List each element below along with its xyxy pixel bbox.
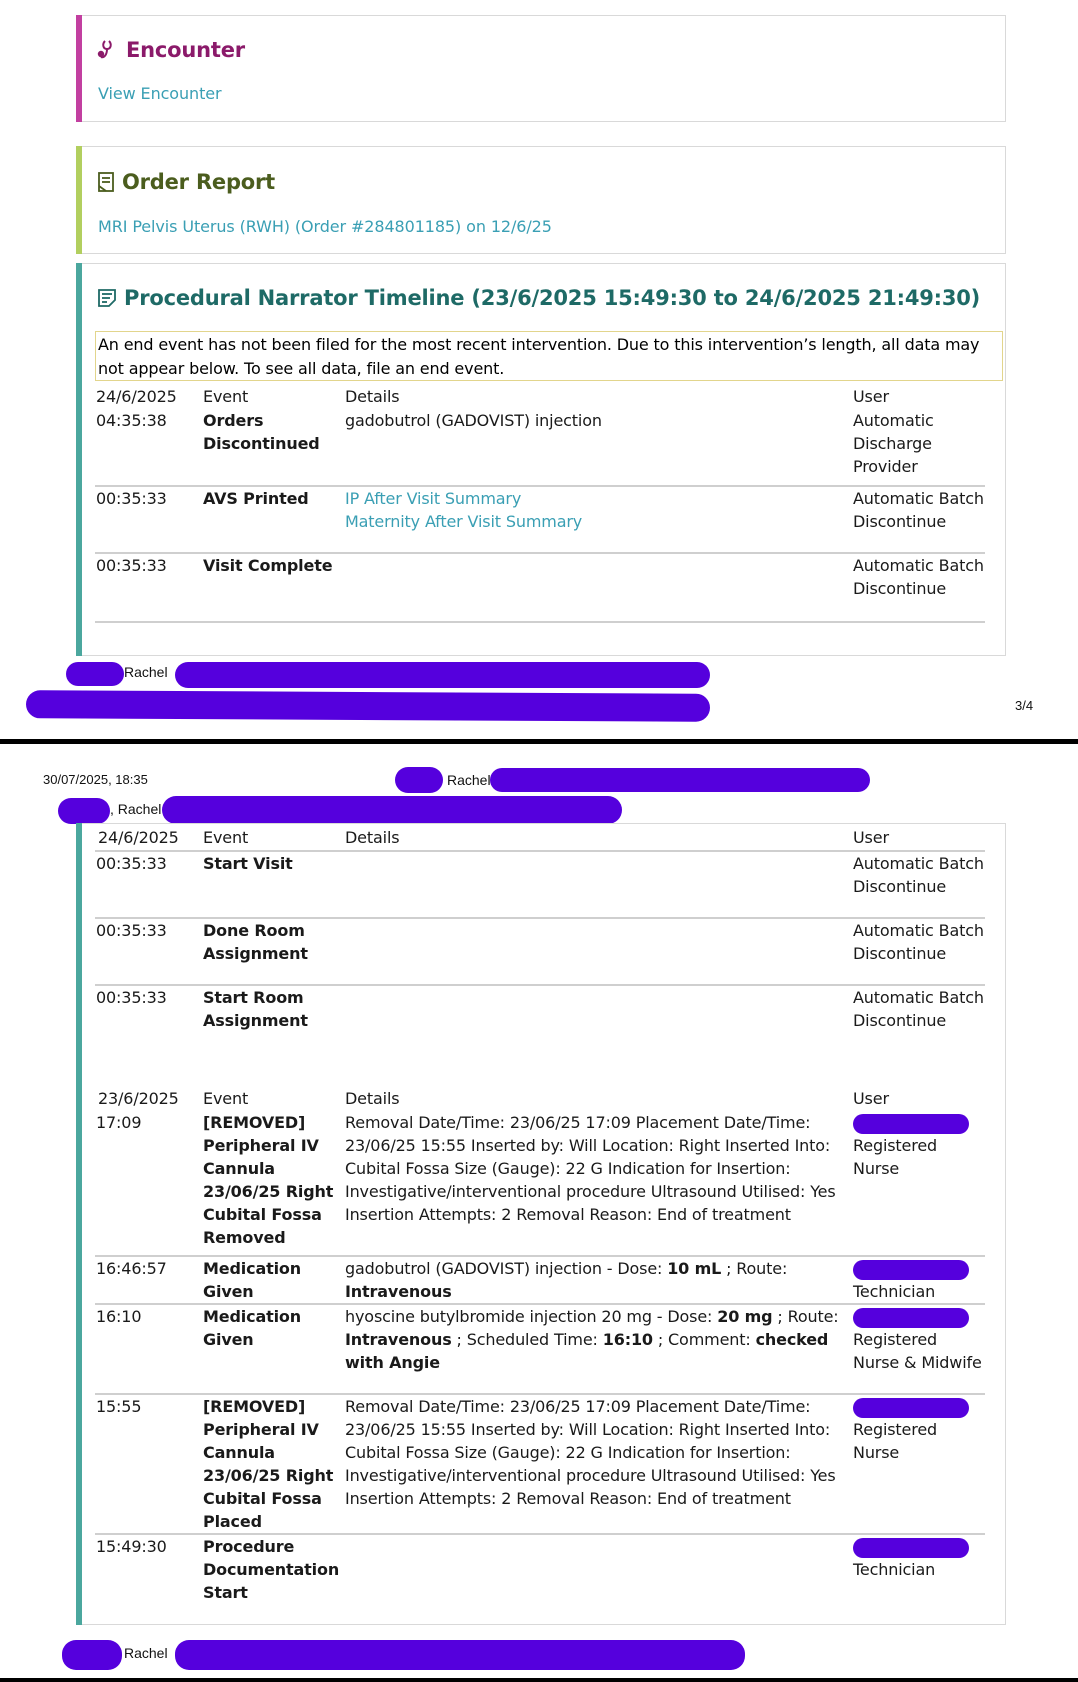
event-user: Automatic Batch Discontinue <box>853 986 985 1053</box>
redaction-mark <box>26 690 710 722</box>
redaction-mark <box>395 767 443 793</box>
timeline-row: 16:10Medication Givenhyoscine butylbromi… <box>95 1305 985 1395</box>
document-link[interactable]: Maternity After Visit Summary <box>345 510 853 533</box>
user-role: Registered Nurse & Midwife <box>853 1330 982 1372</box>
event-details <box>345 986 853 1053</box>
event-name: Medication Given <box>201 1305 345 1393</box>
timeline-accent-bar <box>76 263 82 656</box>
page-number: 3/4 <box>1015 698 1033 713</box>
redaction-mark <box>62 1640 122 1670</box>
event-name: Done Room Assignment <box>201 919 345 984</box>
timeline-row: 00:35:33AVS PrintedIP After Visit Summar… <box>95 487 985 554</box>
timeline-header: 24/6/2025 Event Details User <box>95 826 985 852</box>
user-role: Technician <box>853 1560 935 1579</box>
event-column-header: Event <box>201 1087 345 1111</box>
event-name: AVS Printed <box>201 487 345 552</box>
redacted-user-name <box>853 1114 969 1134</box>
detail-value: 20 mg <box>717 1307 772 1326</box>
timeline-card: Procedural Narrator Timeline (23/6/2025 … <box>77 263 1006 656</box>
event-name: Start Room Assignment <box>201 986 345 1053</box>
details-column-header: Details <box>345 1087 853 1111</box>
redaction-mark <box>175 662 710 688</box>
encounter-accent-bar <box>76 15 82 122</box>
event-time: 15:55 <box>95 1395 201 1533</box>
timeline-header: 24/6/2025 Event Details User <box>95 385 985 409</box>
document-link[interactable]: IP After Visit Summary <box>345 487 853 510</box>
timeline-title-text: Procedural Narrator Timeline (23/6/2025 … <box>124 286 980 310</box>
event-details: gadobutrol (GADOVIST) injection <box>345 409 853 485</box>
user-role: Automatic Batch Discontinue <box>853 556 984 598</box>
date-heading: 24/6/2025 <box>95 385 201 409</box>
event-details: Removal Date/Time: 23/06/25 17:09 Placem… <box>345 1111 853 1255</box>
event-user: Registered Nurse <box>853 1395 985 1533</box>
event-time: 16:10 <box>95 1305 201 1393</box>
event-user: Technician <box>853 1257 985 1303</box>
redacted-user-name <box>853 1308 969 1328</box>
event-user: Technician <box>853 1535 985 1605</box>
event-name: [REMOVED] Peripheral IV Cannula 23/06/25… <box>201 1111 345 1255</box>
event-user: Automatic Batch Discontinue <box>853 554 985 621</box>
user-column-header: User <box>853 1087 985 1111</box>
event-name: Visit Complete <box>201 554 345 621</box>
order-report-title: Order Report <box>97 170 275 194</box>
timeline-row: 00:35:33Start Room AssignmentAutomatic B… <box>95 986 985 1053</box>
notes-icon <box>97 288 117 308</box>
detail-label: gadobutrol (GADOVIST) injection - Dose: <box>345 1259 667 1278</box>
timeline-row: 00:35:33Visit CompleteAutomatic Batch Di… <box>95 554 985 623</box>
event-details <box>345 852 853 917</box>
event-name: Medication Given <box>201 1257 345 1303</box>
redacted-user-name <box>853 1398 969 1418</box>
details-column-header: Details <box>345 385 853 409</box>
event-time: 00:35:33 <box>95 852 201 917</box>
order-report-link[interactable]: MRI Pelvis Uterus (RWH) (Order #28480118… <box>98 217 552 236</box>
event-details: hyoscine butylbromide injection 20 mg - … <box>345 1305 853 1393</box>
event-details <box>345 554 853 621</box>
event-name: Orders Discontinued <box>201 409 345 485</box>
event-name: Procedure Documentation Start <box>201 1535 345 1605</box>
timeline-row: 00:35:33Start VisitAutomatic Batch Disco… <box>95 852 985 919</box>
report-icon <box>97 171 115 193</box>
redacted-user-name <box>853 1538 969 1558</box>
user-column-header: User <box>853 385 985 409</box>
view-encounter-link[interactable]: View Encounter <box>98 84 221 103</box>
timeline-row: 17:09[REMOVED] Peripheral IV Cannula 23/… <box>95 1111 985 1257</box>
event-user: Automatic Batch Discontinue <box>853 919 985 984</box>
timeline-row: 15:55[REMOVED] Peripheral IV Cannula 23/… <box>95 1395 985 1535</box>
user-role: Automatic Batch Discontinue <box>853 489 984 531</box>
print-timestamp: 30/07/2025, 18:35 <box>43 772 148 787</box>
details-column-header: Details <box>345 826 853 850</box>
header-patient-name: Rachel <box>447 772 491 788</box>
event-time: 17:09 <box>95 1111 201 1255</box>
event-name: [REMOVED] Peripheral IV Cannula 23/06/25… <box>201 1395 345 1533</box>
event-time: 00:35:33 <box>95 554 201 621</box>
encounter-card: Encounter View Encounter <box>77 15 1006 122</box>
detail-label: ; Comment: <box>653 1330 756 1349</box>
event-details: gadobutrol (GADOVIST) injection - Dose: … <box>345 1257 853 1303</box>
user-role: Technician <box>853 1282 935 1301</box>
event-time: 16:46:57 <box>95 1257 201 1303</box>
page-divider <box>0 739 1078 744</box>
redaction-mark <box>162 796 622 824</box>
event-time: 04:35:38 <box>95 409 201 485</box>
detail-label: ; Scheduled Time: <box>452 1330 603 1349</box>
redaction-mark <box>58 798 110 824</box>
user-role: Automatic Batch Discontinue <box>853 988 984 1030</box>
detail-value: Intravenous <box>345 1330 452 1349</box>
timeline-row: 04:35:38Orders Discontinuedgadobutrol (G… <box>95 409 985 487</box>
user-role: Automatic Discharge Provider <box>853 411 934 476</box>
event-user: Registered Nurse & Midwife <box>853 1305 985 1393</box>
user-role: Automatic Batch Discontinue <box>853 854 984 896</box>
event-details: Removal Date/Time: 23/06/25 17:09 Placem… <box>345 1395 853 1533</box>
header-patient-fragment: , Rachel <box>110 801 161 817</box>
order-report-card: Order Report MRI Pelvis Uterus (RWH) (Or… <box>77 146 1006 254</box>
timeline-row: 15:49:30Procedure Documentation StartTec… <box>95 1535 985 1605</box>
timeline-header: 23/6/2025 Event Details User <box>95 1087 985 1111</box>
event-user: Automatic Discharge Provider <box>853 409 985 485</box>
timeline-row: 16:46:57Medication Givengadobutrol (GADO… <box>95 1257 985 1305</box>
event-user: Registered Nurse <box>853 1111 985 1255</box>
user-role: Registered Nurse <box>853 1420 937 1462</box>
encounter-title-text: Encounter <box>126 38 245 62</box>
detail-label: ; Route: <box>772 1307 838 1326</box>
encounter-title: Encounter <box>97 38 245 62</box>
order-report-title-text: Order Report <box>122 170 275 194</box>
event-time: 00:35:33 <box>95 919 201 984</box>
timeline-card-continued: 24/6/2025 Event Details User 00:35:33Sta… <box>77 823 1006 1625</box>
order-report-accent-bar <box>76 146 82 254</box>
end-event-notice: An end event has not been filed for the … <box>95 331 1003 381</box>
timeline-table-page3: 24/6/2025 Event Details User 04:35:38Ord… <box>95 385 985 623</box>
stethoscope-icon <box>97 38 119 62</box>
event-details <box>345 1535 853 1605</box>
redaction-mark <box>175 1640 745 1670</box>
detail-value: Intravenous <box>345 1282 452 1301</box>
event-column-header: Event <box>201 385 345 409</box>
redaction-mark <box>66 662 124 686</box>
detail-label: hyoscine butylbromide injection 20 mg - … <box>345 1307 717 1326</box>
detail-value: 16:10 <box>603 1330 653 1349</box>
event-time: 00:35:33 <box>95 487 201 552</box>
footer-patient-name: Rachel <box>124 1645 168 1661</box>
user-column-header: User <box>853 826 985 850</box>
event-details <box>345 919 853 984</box>
user-role: Registered Nurse <box>853 1136 937 1178</box>
date-heading: 23/6/2025 <box>95 1087 201 1111</box>
redaction-mark <box>490 768 870 792</box>
page-divider <box>0 1678 1078 1682</box>
date-heading: 24/6/2025 <box>95 826 201 850</box>
user-role: Automatic Batch Discontinue <box>853 921 984 963</box>
detail-value: 10 mL <box>667 1259 721 1278</box>
timeline-accent-bar <box>76 823 82 1625</box>
timeline-title: Procedural Narrator Timeline (23/6/2025 … <box>97 286 980 310</box>
event-user: Automatic Batch Discontinue <box>853 487 985 552</box>
redacted-user-name <box>853 1260 969 1280</box>
event-details: IP After Visit SummaryMaternity After Vi… <box>345 487 853 552</box>
event-time: 15:49:30 <box>95 1535 201 1605</box>
event-time: 00:35:33 <box>95 986 201 1053</box>
event-column-header: Event <box>201 826 345 850</box>
timeline-table-page4: 24/6/2025 Event Details User 00:35:33Sta… <box>95 826 985 1605</box>
footer-patient-name: Rachel <box>124 664 168 680</box>
timeline-row: 00:35:33Done Room AssignmentAutomatic Ba… <box>95 919 985 986</box>
detail-label: ; Route: <box>721 1259 787 1278</box>
event-name: Start Visit <box>201 852 345 917</box>
event-user: Automatic Batch Discontinue <box>853 852 985 917</box>
